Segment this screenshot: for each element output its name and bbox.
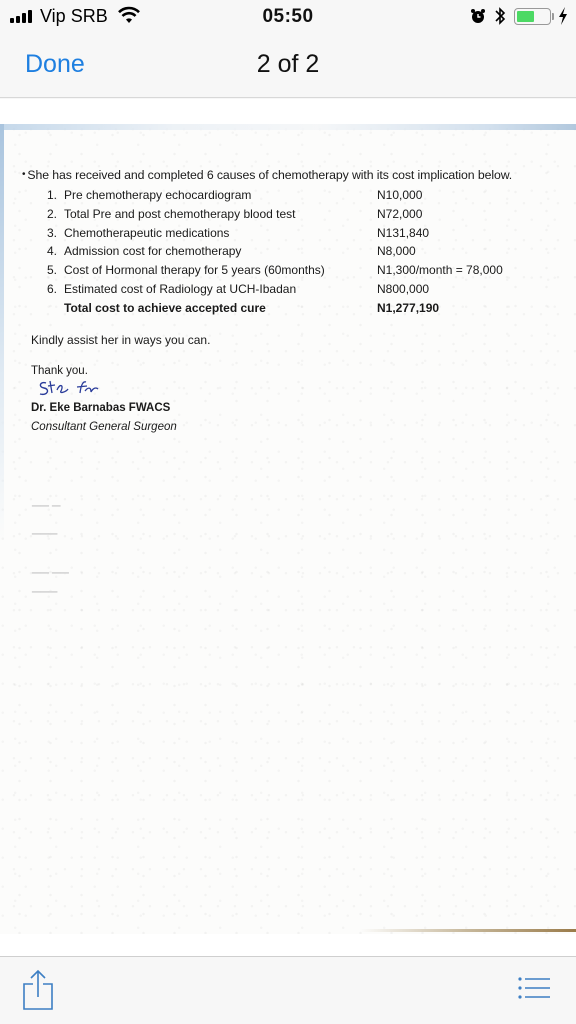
page-indicator: 2 of 2 [0,50,576,79]
cost-item-row: 4.Admission cost for chemotherapyN8,000 [0,244,576,262]
intro-text: She has received and completed 6 causes … [27,168,512,182]
show-through-marks: ▁▁▁ [32,522,57,535]
show-through-marks: ▁▁ ▁▁ [32,561,69,574]
item-number: 4. [47,244,57,258]
share-button[interactable] [18,967,58,1013]
item-number: 3. [47,226,57,240]
item-label: Admission cost for chemotherapy [64,244,241,258]
alarm-icon [470,8,486,24]
item-amount: N72,000 [377,207,422,221]
item-number: 2. [47,207,57,221]
item-label: Pre chemotherapy echocardiogram [64,188,251,202]
page-list-button[interactable] [514,973,554,1005]
page-edge-shadow [0,124,4,544]
item-label: Chemotherapeutic medications [64,226,229,240]
show-through-marks: ▁▁ ▁ [32,494,60,507]
intro-paragraph: •She has received and completed 6 causes… [22,168,512,182]
total-label: Total cost to achieve accepted cure [64,301,266,315]
page-edge-shadow [0,124,576,130]
item-label: Total Pre and post chemotherapy blood te… [64,207,295,221]
share-icon [18,967,58,1013]
cost-item-row: 3.Chemotherapeutic medicationsN131,840 [0,226,576,244]
bottom-toolbar [0,956,576,1024]
cost-item-row: 2.Total Pre and post chemotherapy blood … [0,207,576,225]
signature [36,377,106,399]
doctor-title: Consultant General Surgeon [31,421,177,433]
item-number: 1. [47,188,57,202]
list-icon [514,973,554,1005]
navigation-bar: Done 2 of 2 [0,34,576,98]
total-amount: N1,277,190 [377,301,439,315]
document-viewer[interactable]: •She has received and completed 6 causes… [0,99,576,956]
cost-item-row: 1.Pre chemotherapy echocardiogramN10,000 [0,188,576,206]
cost-item-row: 5.Cost of Hormonal therapy for 5 years (… [0,263,576,281]
item-number: 5. [47,263,57,277]
total-row: Total cost to achieve accepted cure N1,2… [0,301,576,319]
item-amount: N10,000 [377,188,422,202]
cost-item-row: 6.Estimated cost of Radiology at UCH-Iba… [0,282,576,300]
thanks-line: Thank you. [31,365,88,377]
scanned-page: •She has received and completed 6 causes… [0,124,576,934]
doctor-name: Dr. Eke Barnabas FWACS [31,402,170,414]
show-through-marks: ▁▁▁ [32,580,57,593]
battery-level [517,11,534,22]
item-amount: N1,300/month = 78,000 [377,263,503,277]
item-amount: N800,000 [377,282,429,296]
battery-nub [552,13,554,20]
item-amount: N131,840 [377,226,429,240]
item-amount: N8,000 [377,244,416,258]
done-button[interactable]: Done [25,50,85,79]
bullet-mark: • [22,169,25,180]
battery-icon [514,8,551,25]
item-number: 6. [47,282,57,296]
status-bar: Vip SRB 05:50 [0,0,576,34]
closing-line: Kindly assist her in ways you can. [31,333,210,347]
item-label: Estimated cost of Radiology at UCH-Ibada… [64,282,296,296]
bluetooth-icon [494,6,506,26]
charging-bolt-icon [558,6,568,26]
item-label: Cost of Hormonal therapy for 5 years (60… [64,263,325,277]
page-edge-shadow [360,929,576,932]
clock: 05:50 [0,6,576,28]
